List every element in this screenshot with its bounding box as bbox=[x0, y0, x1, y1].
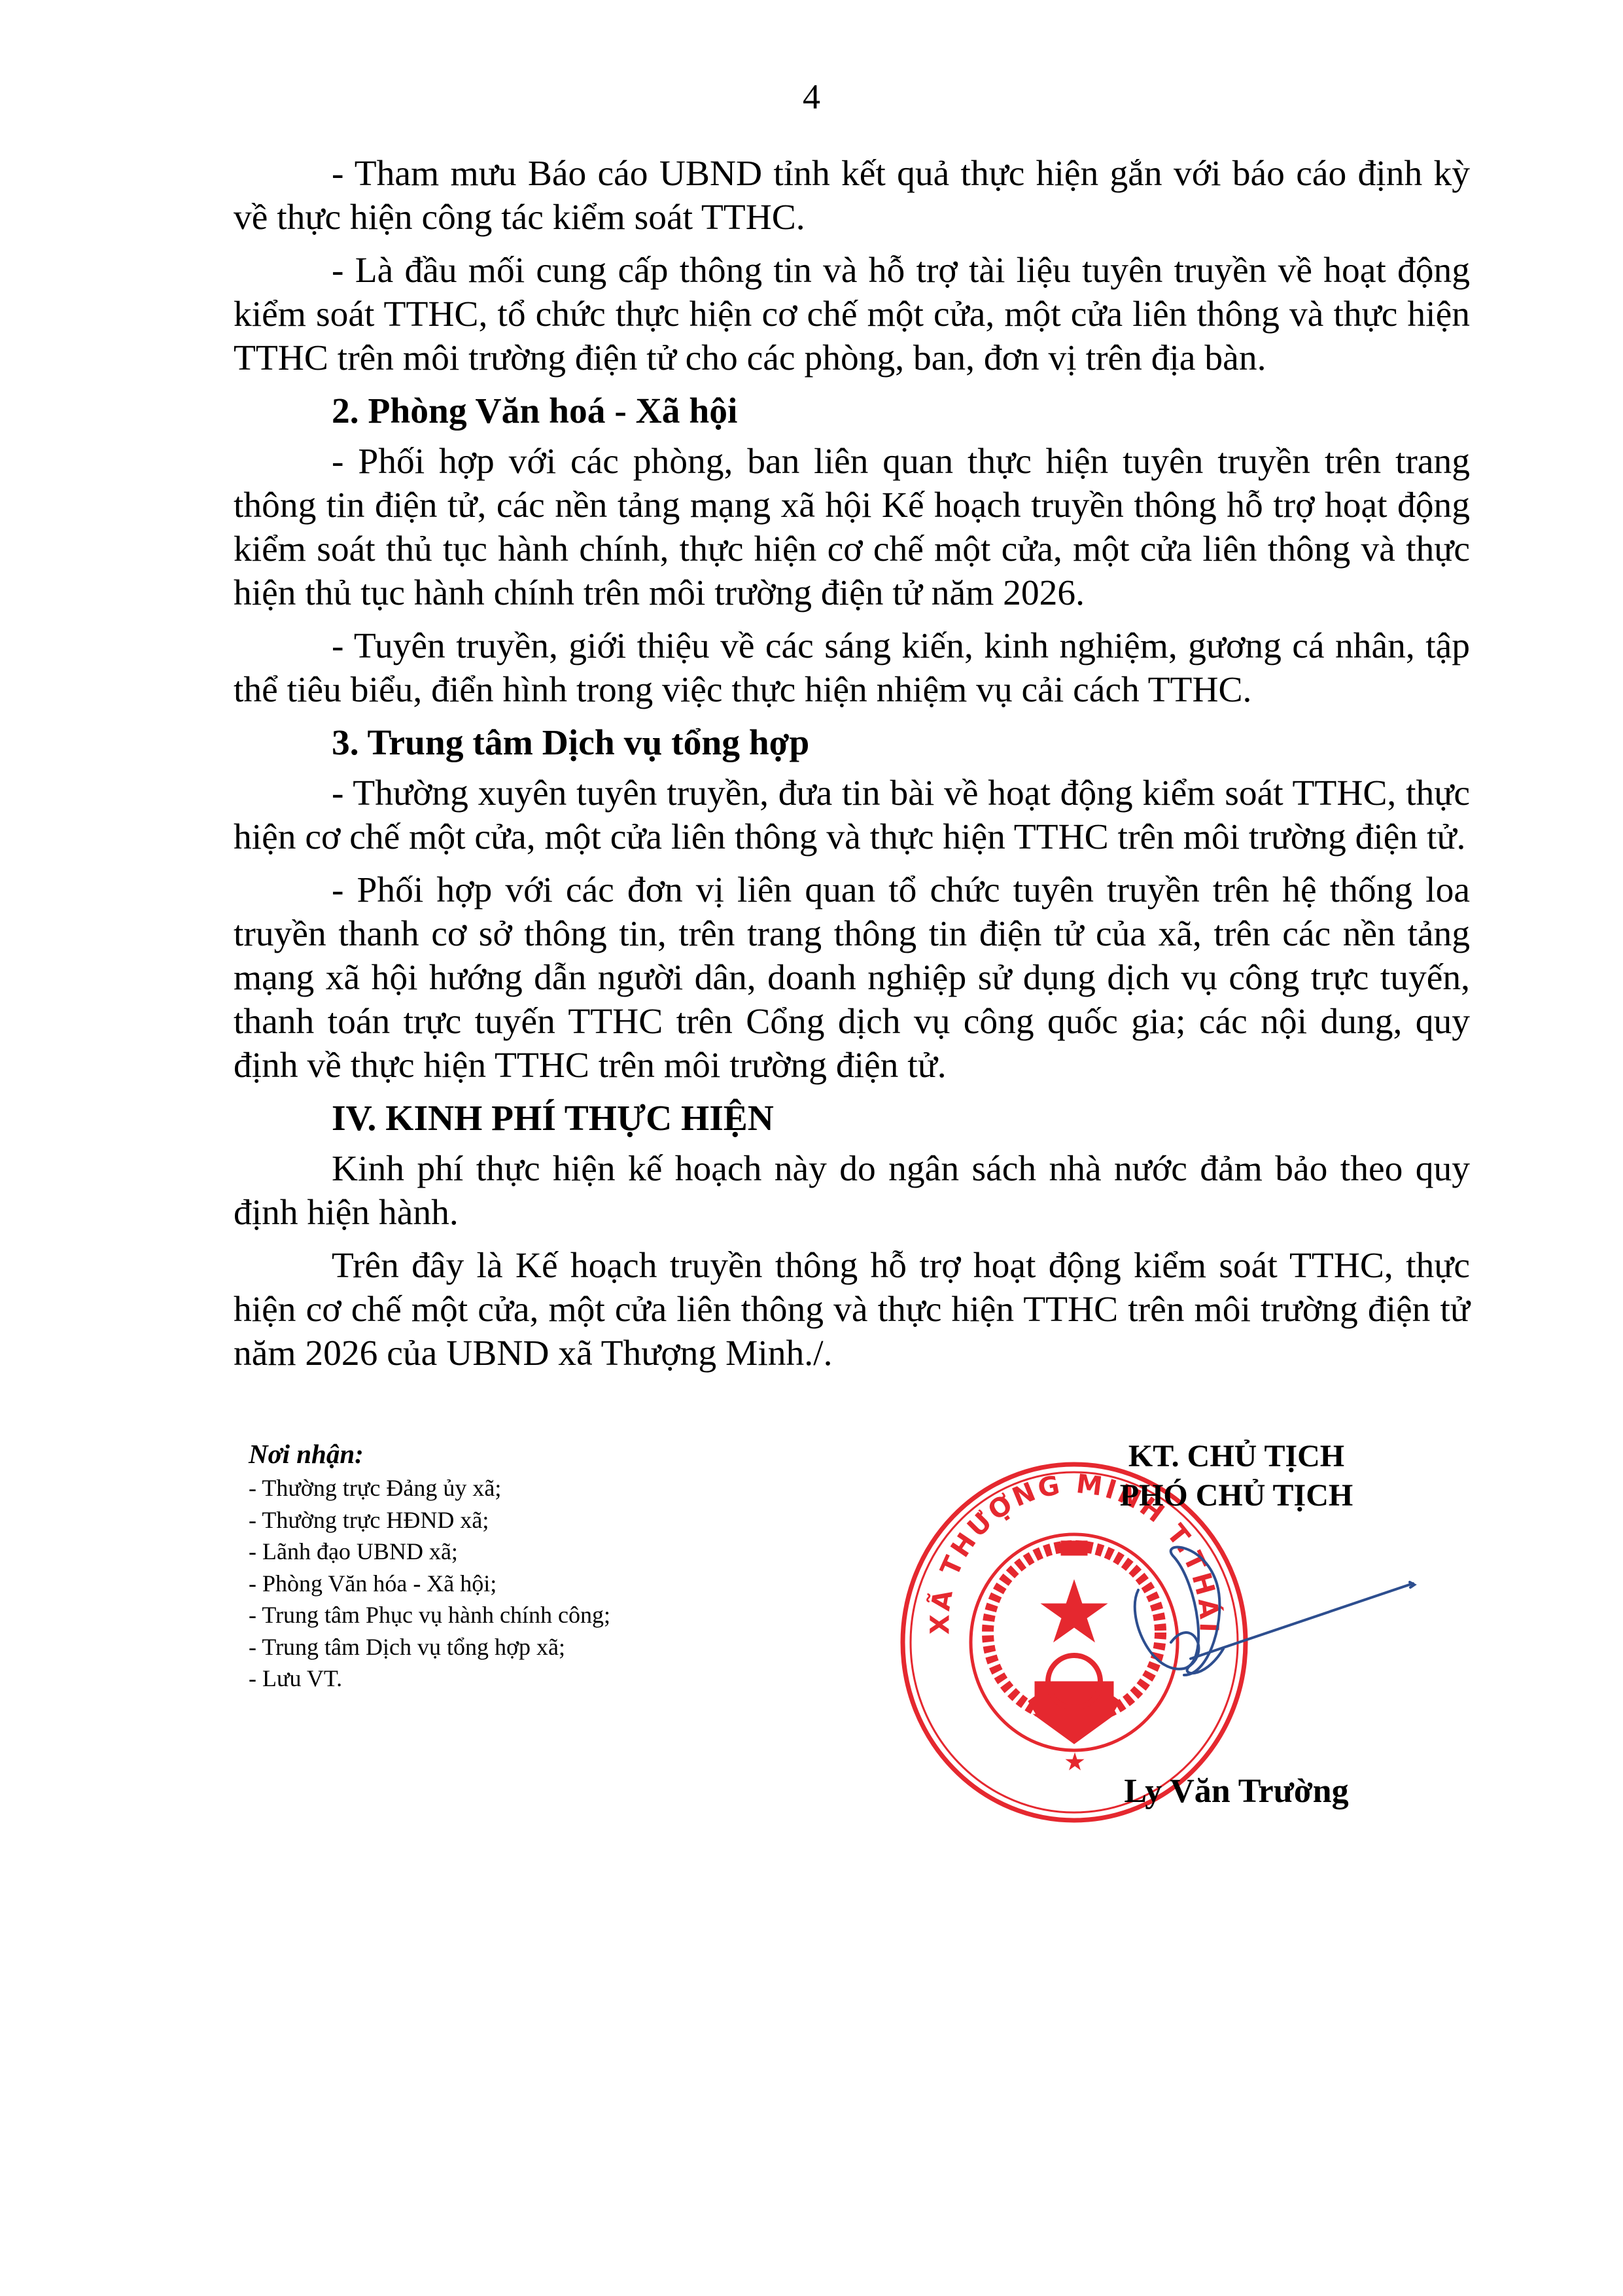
recipient-item: - Trung tâm Dịch vụ tổng hợp xã; bbox=[249, 1631, 837, 1663]
signer-title-line-1: KT. CHỦ TỊCH bbox=[1007, 1437, 1465, 1476]
recipients-block: Nơi nhận: - Thường trực Đảng ủy xã; - Th… bbox=[249, 1437, 837, 1695]
paragraph: - Tuyên truyền, giới thiệu về các sáng k… bbox=[234, 624, 1470, 712]
recipient-item: - Lưu VT. bbox=[249, 1663, 837, 1695]
section-heading: 3. Trung tâm Dịch vụ tổng hợp bbox=[234, 721, 1470, 765]
recipient-item: - Phòng Văn hóa - Xã hội; bbox=[249, 1568, 837, 1600]
signature-block: KT. CHỦ TỊCH PHÓ CHỦ TỊCH bbox=[1007, 1437, 1465, 1515]
signer-title-line-2: PHÓ CHỦ TỊCH bbox=[1007, 1476, 1465, 1515]
paragraph: - Phối hợp với các đơn vị liên quan tổ c… bbox=[234, 868, 1470, 1087]
recipient-item: - Thường trực Đảng ủy xã; bbox=[249, 1472, 837, 1504]
section-heading: 2. Phòng Văn hoá - Xã hội bbox=[234, 389, 1470, 433]
recipients-title: Nơi nhận: bbox=[249, 1437, 837, 1471]
paragraph: - Tham mưu Báo cáo UBND tỉnh kết quả thự… bbox=[234, 152, 1470, 239]
paragraph: - Thường xuyên tuyên truyền, đưa tin bài… bbox=[234, 771, 1470, 859]
paragraph: Kinh phí thực hiện kế hoạch này do ngân … bbox=[234, 1147, 1470, 1235]
handwritten-signature-icon bbox=[1112, 1544, 1420, 1695]
page-number: 4 bbox=[0, 77, 1623, 116]
section-heading: IV. KINH PHÍ THỰC HIỆN bbox=[234, 1097, 1470, 1140]
paragraph: - Là đầu mối cung cấp thông tin và hỗ tr… bbox=[234, 249, 1470, 380]
paragraph: Trên đây là Kế hoạch truyền thông hỗ trợ… bbox=[234, 1244, 1470, 1375]
recipient-item: - Lãnh đạo UBND xã; bbox=[249, 1536, 837, 1568]
recipients-list: - Thường trực Đảng ủy xã; - Thường trực … bbox=[249, 1472, 837, 1695]
signer-name: Ly Văn Trường bbox=[1007, 1771, 1465, 1812]
recipient-item: - Trung tâm Phục vụ hành chính công; bbox=[249, 1599, 837, 1631]
paragraph: - Phối hợp với các phòng, ban liên quan … bbox=[234, 440, 1470, 615]
document-body: - Tham mưu Báo cáo UBND tỉnh kết quả thự… bbox=[234, 152, 1470, 1385]
recipient-item: - Thường trực HĐND xã; bbox=[249, 1504, 837, 1536]
